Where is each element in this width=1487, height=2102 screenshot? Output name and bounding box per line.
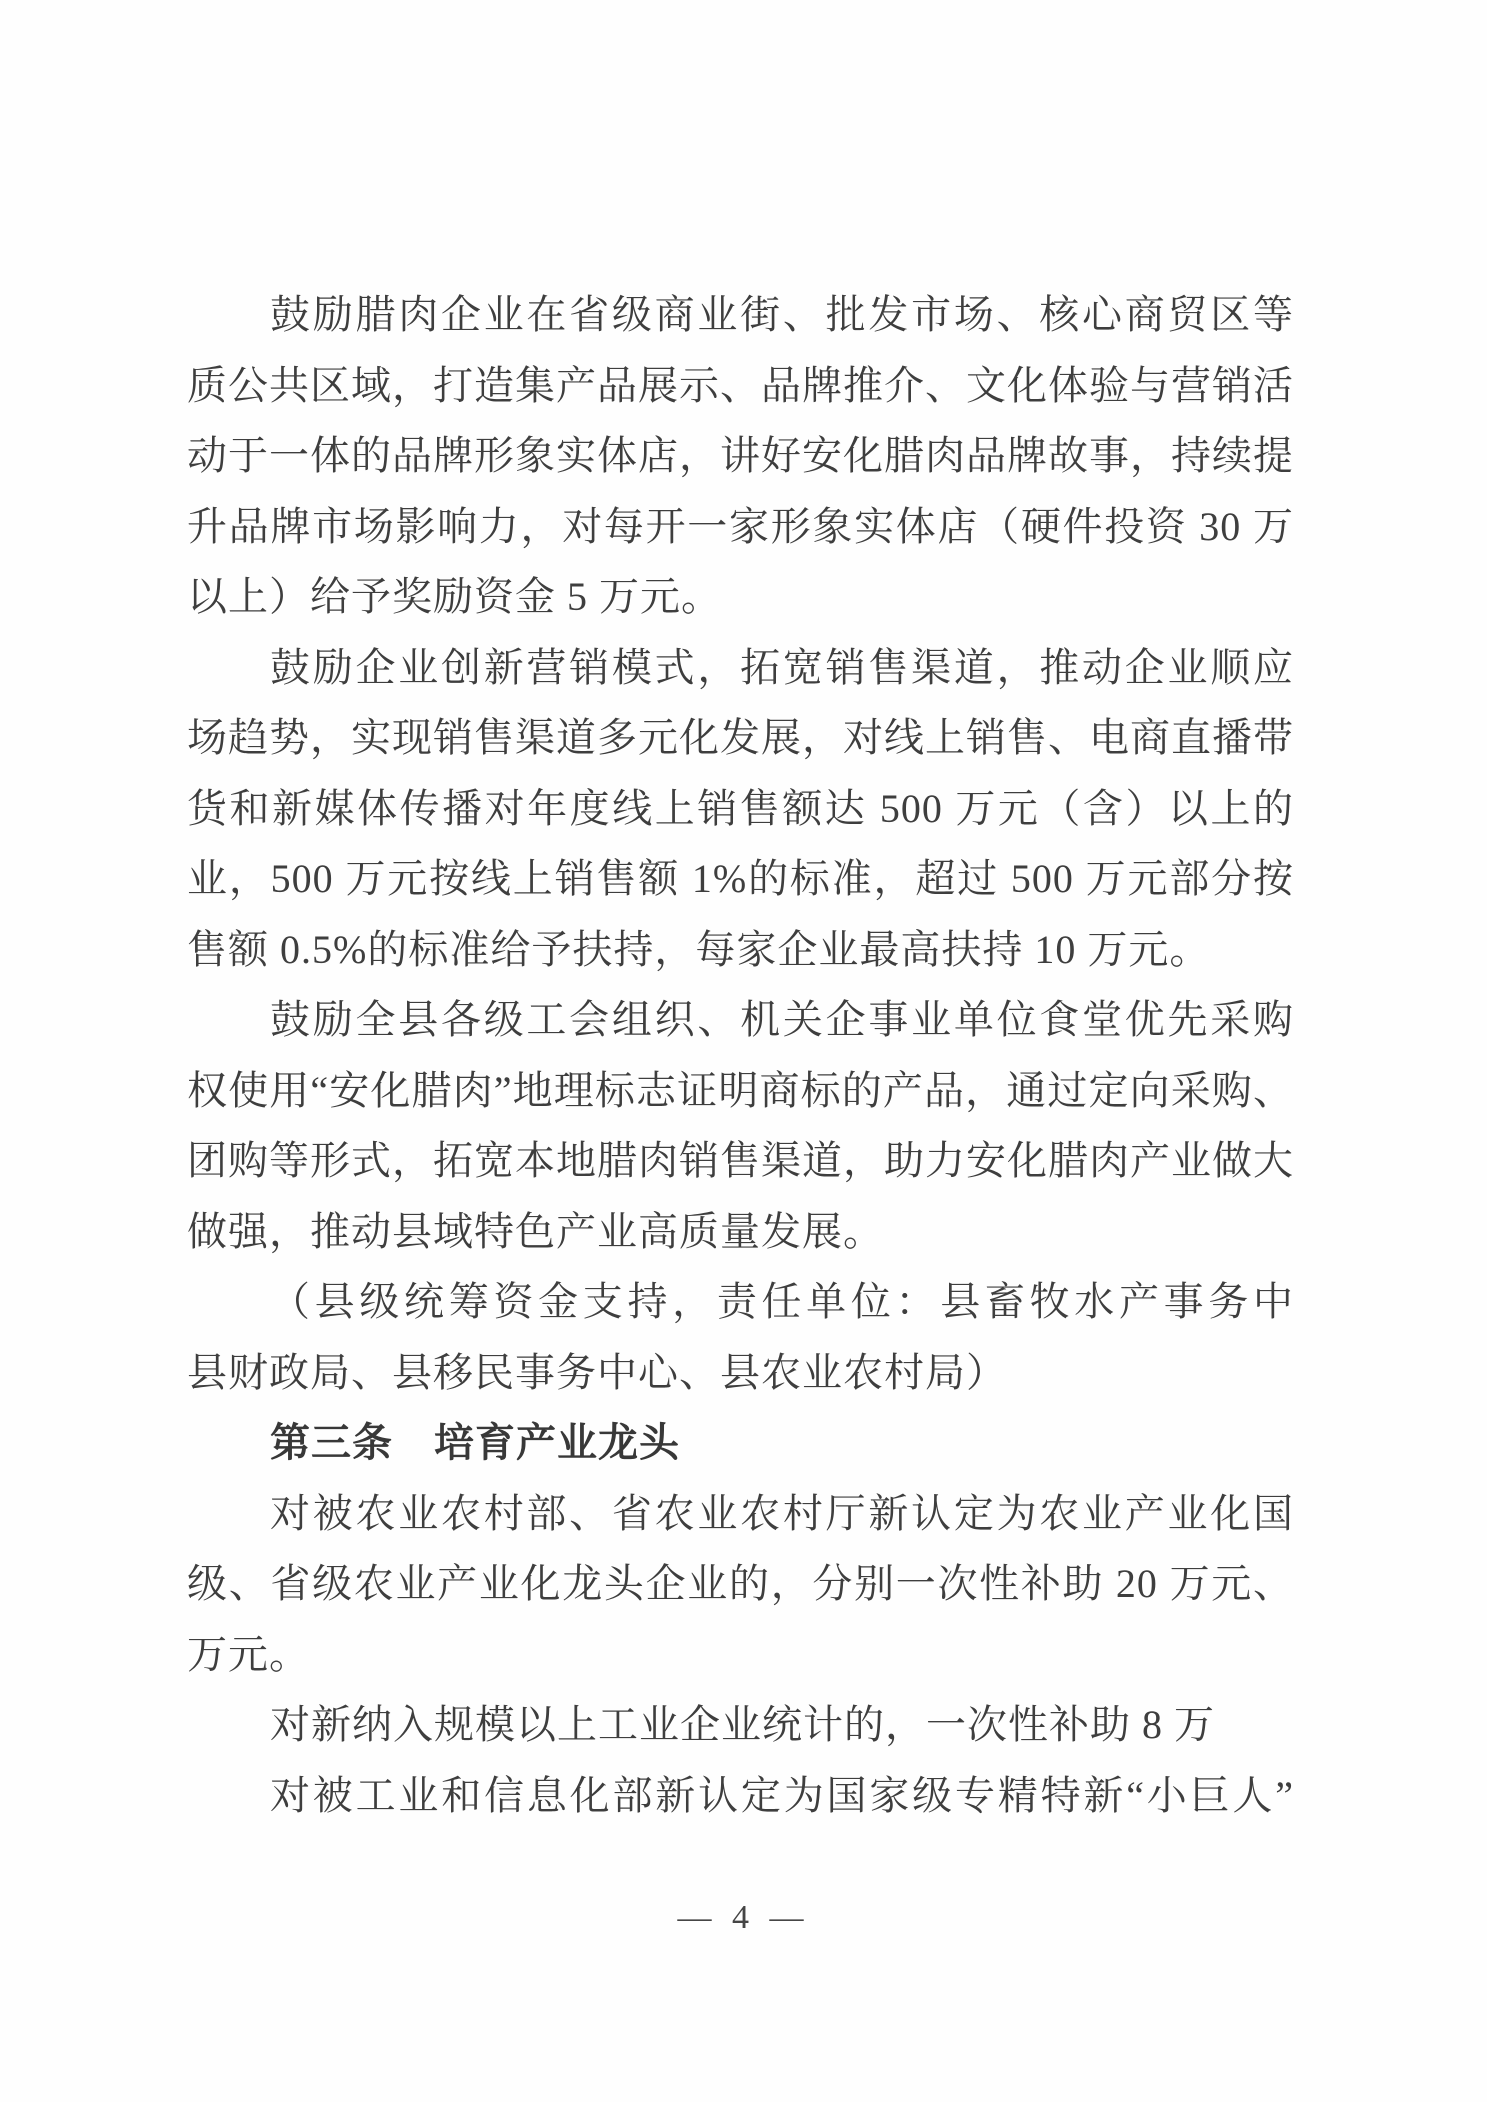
paragraph-line: 对被农业农村部、省农业农村厅新认定为农业产业化国家 (187, 1479, 1294, 1550)
paragraph-line: 对被工业和信息化部新认定为国家级专精特新“小巨人” (187, 1761, 1294, 1832)
paragraph-line: 以上）给予奖励资金 5 万元。 (187, 562, 1294, 633)
paragraph-line: 团购等形式，拓宽本地腊肉销售渠道，助力安化腊肉产业做大 (187, 1126, 1294, 1197)
paragraph-line: 鼓励企业创新营销模式，拓宽销售渠道，推动企业顺应市 (187, 633, 1294, 704)
document-text-body: 鼓励腊肉企业在省级商业街、批发市场、核心商贸区等优 质公共区域，打造集产品展示、… (187, 280, 1294, 1831)
paragraph-line: 动于一体的品牌形象实体店，讲好安化腊肉品牌故事，持续提 (187, 421, 1294, 492)
paragraph-line: （县级统筹资金支持，责任单位：县畜牧水产事务中心、 (187, 1267, 1294, 1338)
paragraph-line: 做强，推动县域特色产业高质量发展。 (187, 1197, 1294, 1268)
paragraph-line: 级、省级农业产业化龙头企业的，分别一次性补助 20 万元、5 (187, 1549, 1294, 1620)
paragraph-line: 售额 0.5%的标准给予扶持，每家企业最高扶持 10 万元。 (187, 915, 1294, 986)
paragraph-line: 县财政局、县移民事务中心、县农业农村局） (187, 1338, 1294, 1409)
paragraph-line: 鼓励全县各级工会组织、机关企事业单位食堂优先采购授 (187, 985, 1294, 1056)
paragraph-line: 对新纳入规模以上工业企业统计的，一次性补助 8 万元。 (187, 1690, 1294, 1761)
paragraph-line: 质公共区域，打造集产品展示、品牌推介、文化体验与营销活 (187, 351, 1294, 422)
paragraph-line: 业，500 万元按线上销售额 1%的标准，超过 500 万元部分按销 (187, 844, 1294, 915)
paragraph-line: 货和新媒体传播对年度线上销售额达 500 万元（含）以上的企 (187, 774, 1294, 845)
paragraph-line: 鼓励腊肉企业在省级商业街、批发市场、核心商贸区等优 (187, 280, 1294, 351)
document-page: 鼓励腊肉企业在省级商业街、批发市场、核心商贸区等优 质公共区域，打造集产品展示、… (0, 0, 1487, 2102)
page-number: — 4 — (0, 1893, 1487, 1943)
paragraph-line: 万元。 (187, 1620, 1294, 1691)
article-heading: 第三条 培育产业龙头 (187, 1408, 1294, 1479)
paragraph-line: 场趋势，实现销售渠道多元化发展，对线上销售、电商直播带 (187, 703, 1294, 774)
paragraph-line: 权使用“安化腊肉”地理标志证明商标的产品，通过定向采购、 (187, 1056, 1294, 1127)
paragraph-line: 升品牌市场影响力，对每开一家形象实体店（硬件投资 30 万元 (187, 492, 1294, 563)
